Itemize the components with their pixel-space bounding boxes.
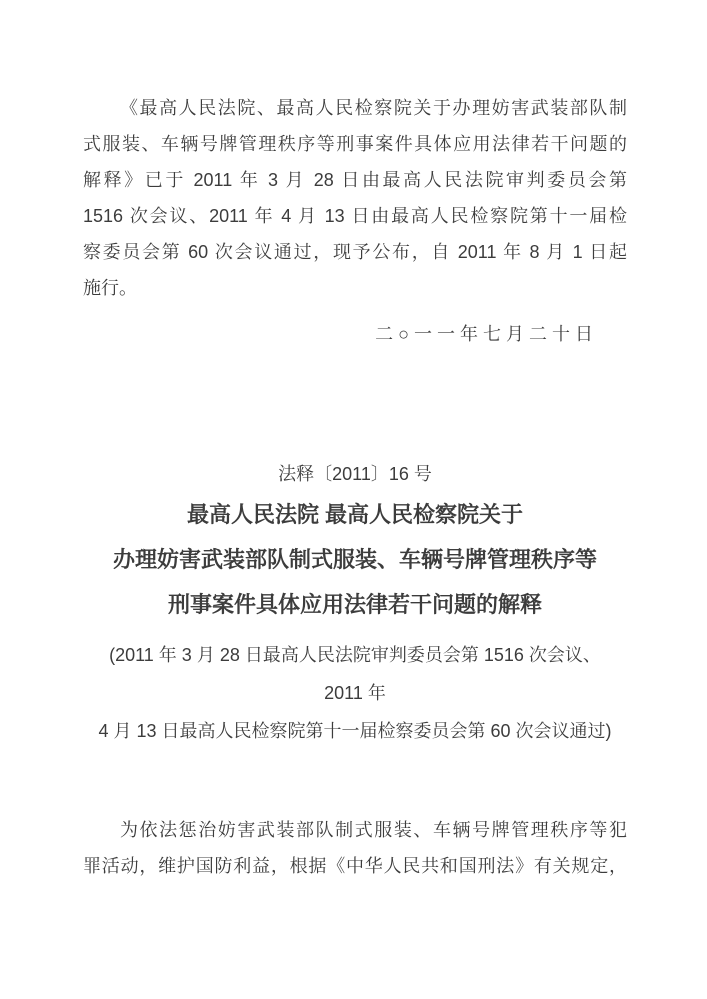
announcement-line: 解释》已于 2011 年 3 月 28 日由最高人民法院审判委员会第 <box>83 162 627 198</box>
interpretation-document: 法释〔2011〕16 号 最高人民法院 最高人民检察院关于 办理妨害武装部队制式… <box>83 456 627 884</box>
document-page: 《最高人民法院、最高人民检察院关于办理妨害武装部队制 式服装、车辆号牌管理秩序等… <box>83 0 627 884</box>
document-title-line: 最高人民法院 最高人民检察院关于 <box>83 492 627 537</box>
announcement-line: 1516 次会议、2011 年 4 月 13 日由最高人民检察院第十一届检 <box>83 198 627 234</box>
publication-announcement: 《最高人民法院、最高人民检察院关于办理妨害武装部队制 式服装、车辆号牌管理秩序等… <box>83 90 627 352</box>
announcement-paragraph: 《最高人民法院、最高人民检察院关于办理妨害武装部队制 式服装、车辆号牌管理秩序等… <box>83 90 627 306</box>
announcement-line: 察委员会第 60 次会议通过，现予公布，自 2011 年 8 月 1 日起 <box>83 234 627 270</box>
announcement-line: 式服装、车辆号牌管理秩序等刑事案件具体应用法律若干问题的 <box>83 126 627 162</box>
adoption-note: (2011 年 3 月 28 日最高人民法院审判委员会第 1516 次会议、 2… <box>83 636 627 750</box>
announcement-line: 施行。 <box>83 270 627 306</box>
document-title-line: 刑事案件具体应用法律若干问题的解释 <box>83 582 627 627</box>
adoption-note-line: (2011 年 3 月 28 日最高人民法院审判委员会第 1516 次会议、 <box>83 636 627 674</box>
document-number: 法释〔2011〕16 号 <box>83 456 627 492</box>
body-line: 罪活动，维护国防利益，根据《中华人民共和国刑法》有关规定， <box>83 848 627 884</box>
document-title-line: 办理妨害武装部队制式服装、车辆号牌管理秩序等 <box>83 537 627 582</box>
body-line: 为依法惩治妨害武装部队制式服装、车辆号牌管理秩序等犯 <box>83 812 627 848</box>
adoption-note-line: 4 月 13 日最高人民检察院第十一届检察委员会第 60 次会议通过) <box>83 712 627 750</box>
announcement-date: 二 ○ 一 一 年 七 月 二 十 日 <box>83 316 627 352</box>
announcement-line: 《最高人民法院、最高人民检察院关于办理妨害武装部队制 <box>83 90 627 126</box>
adoption-note-line: 2011 年 <box>83 674 627 712</box>
document-title: 最高人民法院 最高人民检察院关于 办理妨害武装部队制式服装、车辆号牌管理秩序等 … <box>83 492 627 627</box>
body-paragraph: 为依法惩治妨害武装部队制式服装、车辆号牌管理秩序等犯 罪活动，维护国防利益，根据… <box>83 812 627 884</box>
